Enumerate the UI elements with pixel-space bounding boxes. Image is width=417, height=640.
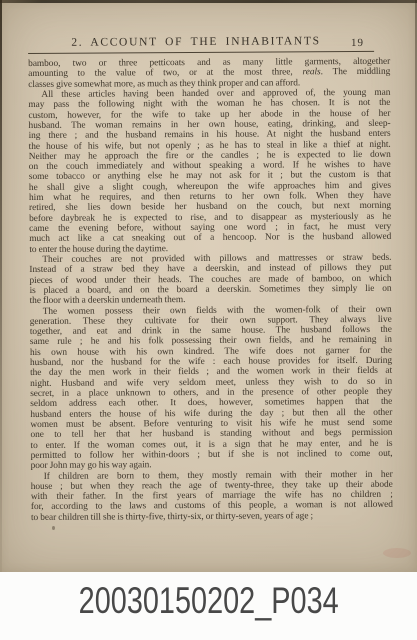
paragraph: If children are born to them, they mostl… — [31, 469, 393, 523]
screenshot-root: 2. ACCOUNT OF THE INHABITANTS 19 bamboo,… — [0, 0, 417, 640]
paragraph: Their couches are not provided with pill… — [29, 253, 391, 307]
body-text: bamboo, two or three petticoats and as m… — [28, 57, 393, 523]
paragraph: bamboo, two or three petticoats and as m… — [28, 57, 390, 90]
italic-text: reals — [302, 68, 320, 78]
text-line: to bear children till she is thirty-five… — [31, 511, 393, 524]
scan-top-edge-shadow — [0, 0, 417, 3]
archive-label-strip: 20030150202_P034 — [0, 572, 417, 640]
header-rule — [28, 51, 374, 54]
text-line: amounting to the value of two, or at the… — [28, 67, 390, 80]
page-number: 19 — [351, 37, 364, 49]
text-line: for, according to the laws and customs o… — [31, 500, 393, 513]
book-page-scan: 2. ACCOUNT OF THE INHABITANTS 19 bamboo,… — [0, 0, 417, 572]
running-head: 2. ACCOUNT OF THE INHABITANTS — [15, 35, 377, 50]
paper-speck — [52, 526, 55, 530]
paragraph: All these articles having been handed ov… — [28, 88, 391, 255]
text-line: much act like a cat sneaking out of a he… — [29, 232, 391, 245]
text-segment: . The middling — [321, 67, 391, 77]
text-segment: amounting to the value of two, or at the… — [28, 68, 302, 80]
paper-stain — [383, 548, 411, 558]
page-content: 2. ACCOUNT OF THE INHABITANTS 19 bamboo,… — [28, 35, 393, 523]
scan-left-edge-shadow — [0, 0, 2, 572]
shelfmark-label: 20030150202_P034 — [78, 580, 338, 622]
paragraph: The women possess their own fields with … — [30, 304, 393, 471]
